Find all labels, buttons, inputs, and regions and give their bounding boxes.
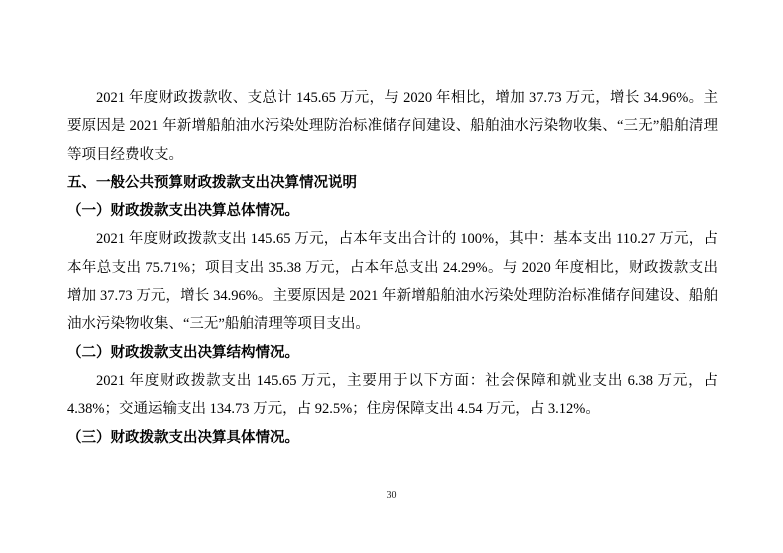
- heading-subsection-2-expenditure-structure: （二）财政拨款支出决算结构情况。: [67, 339, 718, 367]
- paragraph-expenditure-structure-details: 2021 年度财政拨款支出 145.65 万元，主要用于以下方面：社会保障和就业…: [67, 367, 718, 424]
- heading-subsection-3-expenditure-specifics: （三）财政拨款支出决算具体情况。: [67, 424, 718, 452]
- heading-section-5-general-public-budget-expenditure: 五、一般公共预算财政拨款支出决算情况说明: [67, 169, 718, 197]
- paragraph-expenditure-overview-details: 2021 年度财政拨款支出 145.65 万元，占本年支出合计的 100%，其中…: [67, 225, 718, 338]
- document-page: 2021 年度财政拨款收、支总计 145.65 万元，与 2020 年相比，增加…: [0, 0, 783, 553]
- paragraph-fiscal-appropriation-total: 2021 年度财政拨款收、支总计 145.65 万元，与 2020 年相比，增加…: [67, 84, 718, 169]
- page-number: 30: [0, 490, 783, 501]
- heading-subsection-1-expenditure-overview: （一）财政拨款支出决算总体情况。: [67, 197, 718, 225]
- document-body: 2021 年度财政拨款收、支总计 145.65 万元，与 2020 年相比，增加…: [67, 84, 718, 452]
